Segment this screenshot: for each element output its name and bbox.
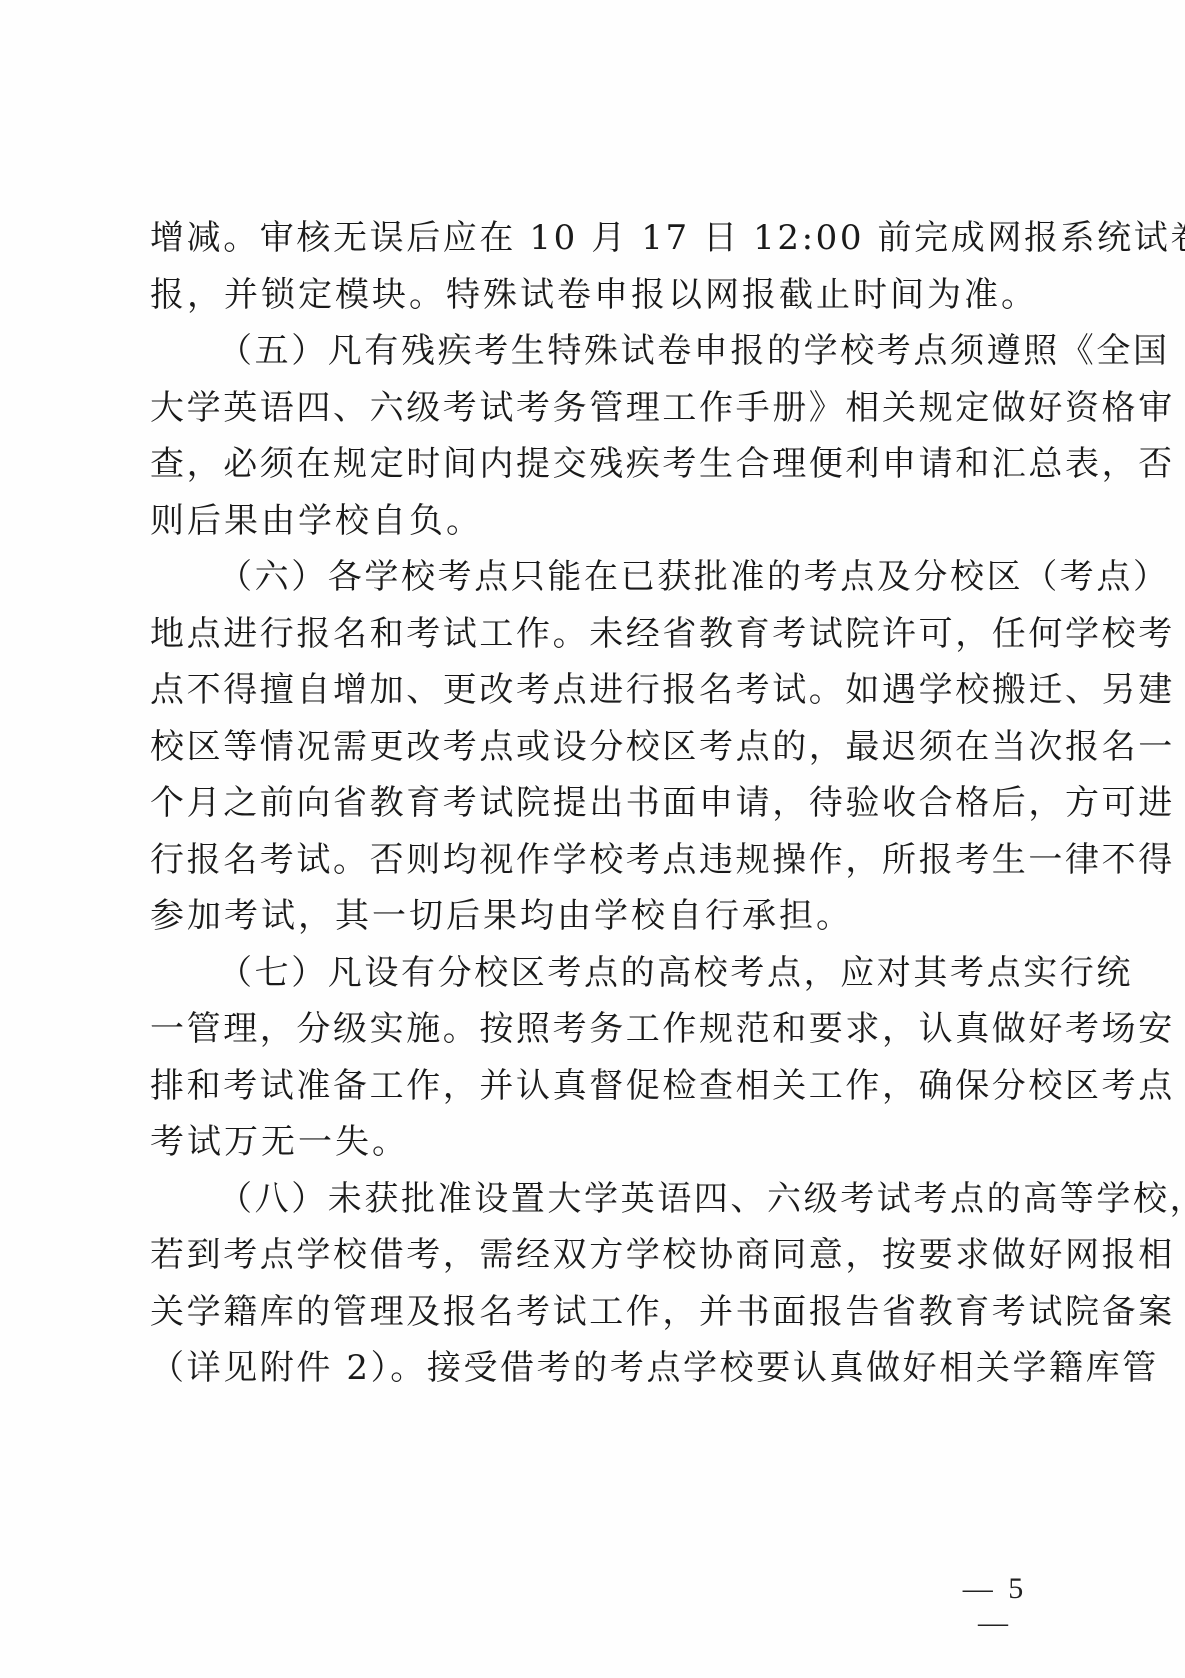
document-page: 增减。审核无误后应在 10 月 17 日 12:00 前完成网报系统试卷申 报，… <box>0 0 1185 1678</box>
paragraph-7-heading-line: （七）凡设有分校区考点的高校考点，应对其考点实行统 <box>150 945 1045 1002</box>
page-number: — 5 — <box>945 1572 1045 1640</box>
text-line: 行报名考试。否则均视作学校考点违规操作，所报考生一律不得 <box>150 832 1045 889</box>
text-line: 个月之前向省教育考试院提出书面申请，待验收合格后，方可进 <box>150 775 1045 832</box>
text-line: 点不得擅自增加、更改考点进行报名考试。如遇学校搬迁、另建 <box>150 662 1045 719</box>
text-line: （详见附件 2）。接受借考的考点学校要认真做好相关学籍库管 <box>150 1340 1045 1397</box>
document-body: 增减。审核无误后应在 10 月 17 日 12:00 前完成网报系统试卷申 报，… <box>150 210 1045 1397</box>
text-line: 关学籍库的管理及报名考试工作，并书面报告省教育考试院备案 <box>150 1284 1045 1341</box>
text-line: 地点进行报名和考试工作。未经省教育考试院许可，任何学校考 <box>150 606 1045 663</box>
text-line: 校区等情况需更改考点或设分校区考点的，最迟须在当次报名一 <box>150 719 1045 776</box>
text-line: 增减。审核无误后应在 10 月 17 日 12:00 前完成网报系统试卷申 <box>150 210 1045 267</box>
text-line: 则后果由学校自负。 <box>150 493 1045 550</box>
text-line: 一管理，分级实施。按照考务工作规范和要求，认真做好考场安 <box>150 1001 1045 1058</box>
text-line: 若到考点学校借考，需经双方学校协商同意，按要求做好网报相 <box>150 1227 1045 1284</box>
paragraph-6-heading-line: （六）各学校考点只能在已获批准的考点及分校区（考点） <box>150 549 1045 606</box>
text-line: 报，并锁定模块。特殊试卷申报以网报截止时间为准。 <box>150 267 1045 324</box>
text-line: 大学英语四、六级考试考务管理工作手册》相关规定做好资格审 <box>150 380 1045 437</box>
text-line: 排和考试准备工作，并认真督促检查相关工作，确保分校区考点 <box>150 1058 1045 1115</box>
text-line: 参加考试，其一切后果均由学校自行承担。 <box>150 888 1045 945</box>
text-line: 考试万无一失。 <box>150 1114 1045 1171</box>
text-line: 查，必须在规定时间内提交残疾考生合理便利申请和汇总表，否 <box>150 436 1045 493</box>
paragraph-8-heading-line: （八）未获批准设置大学英语四、六级考试考点的高等学校， <box>150 1171 1045 1228</box>
paragraph-5-heading-line: （五）凡有残疾考生特殊试卷申报的学校考点须遵照《全国 <box>150 323 1045 380</box>
